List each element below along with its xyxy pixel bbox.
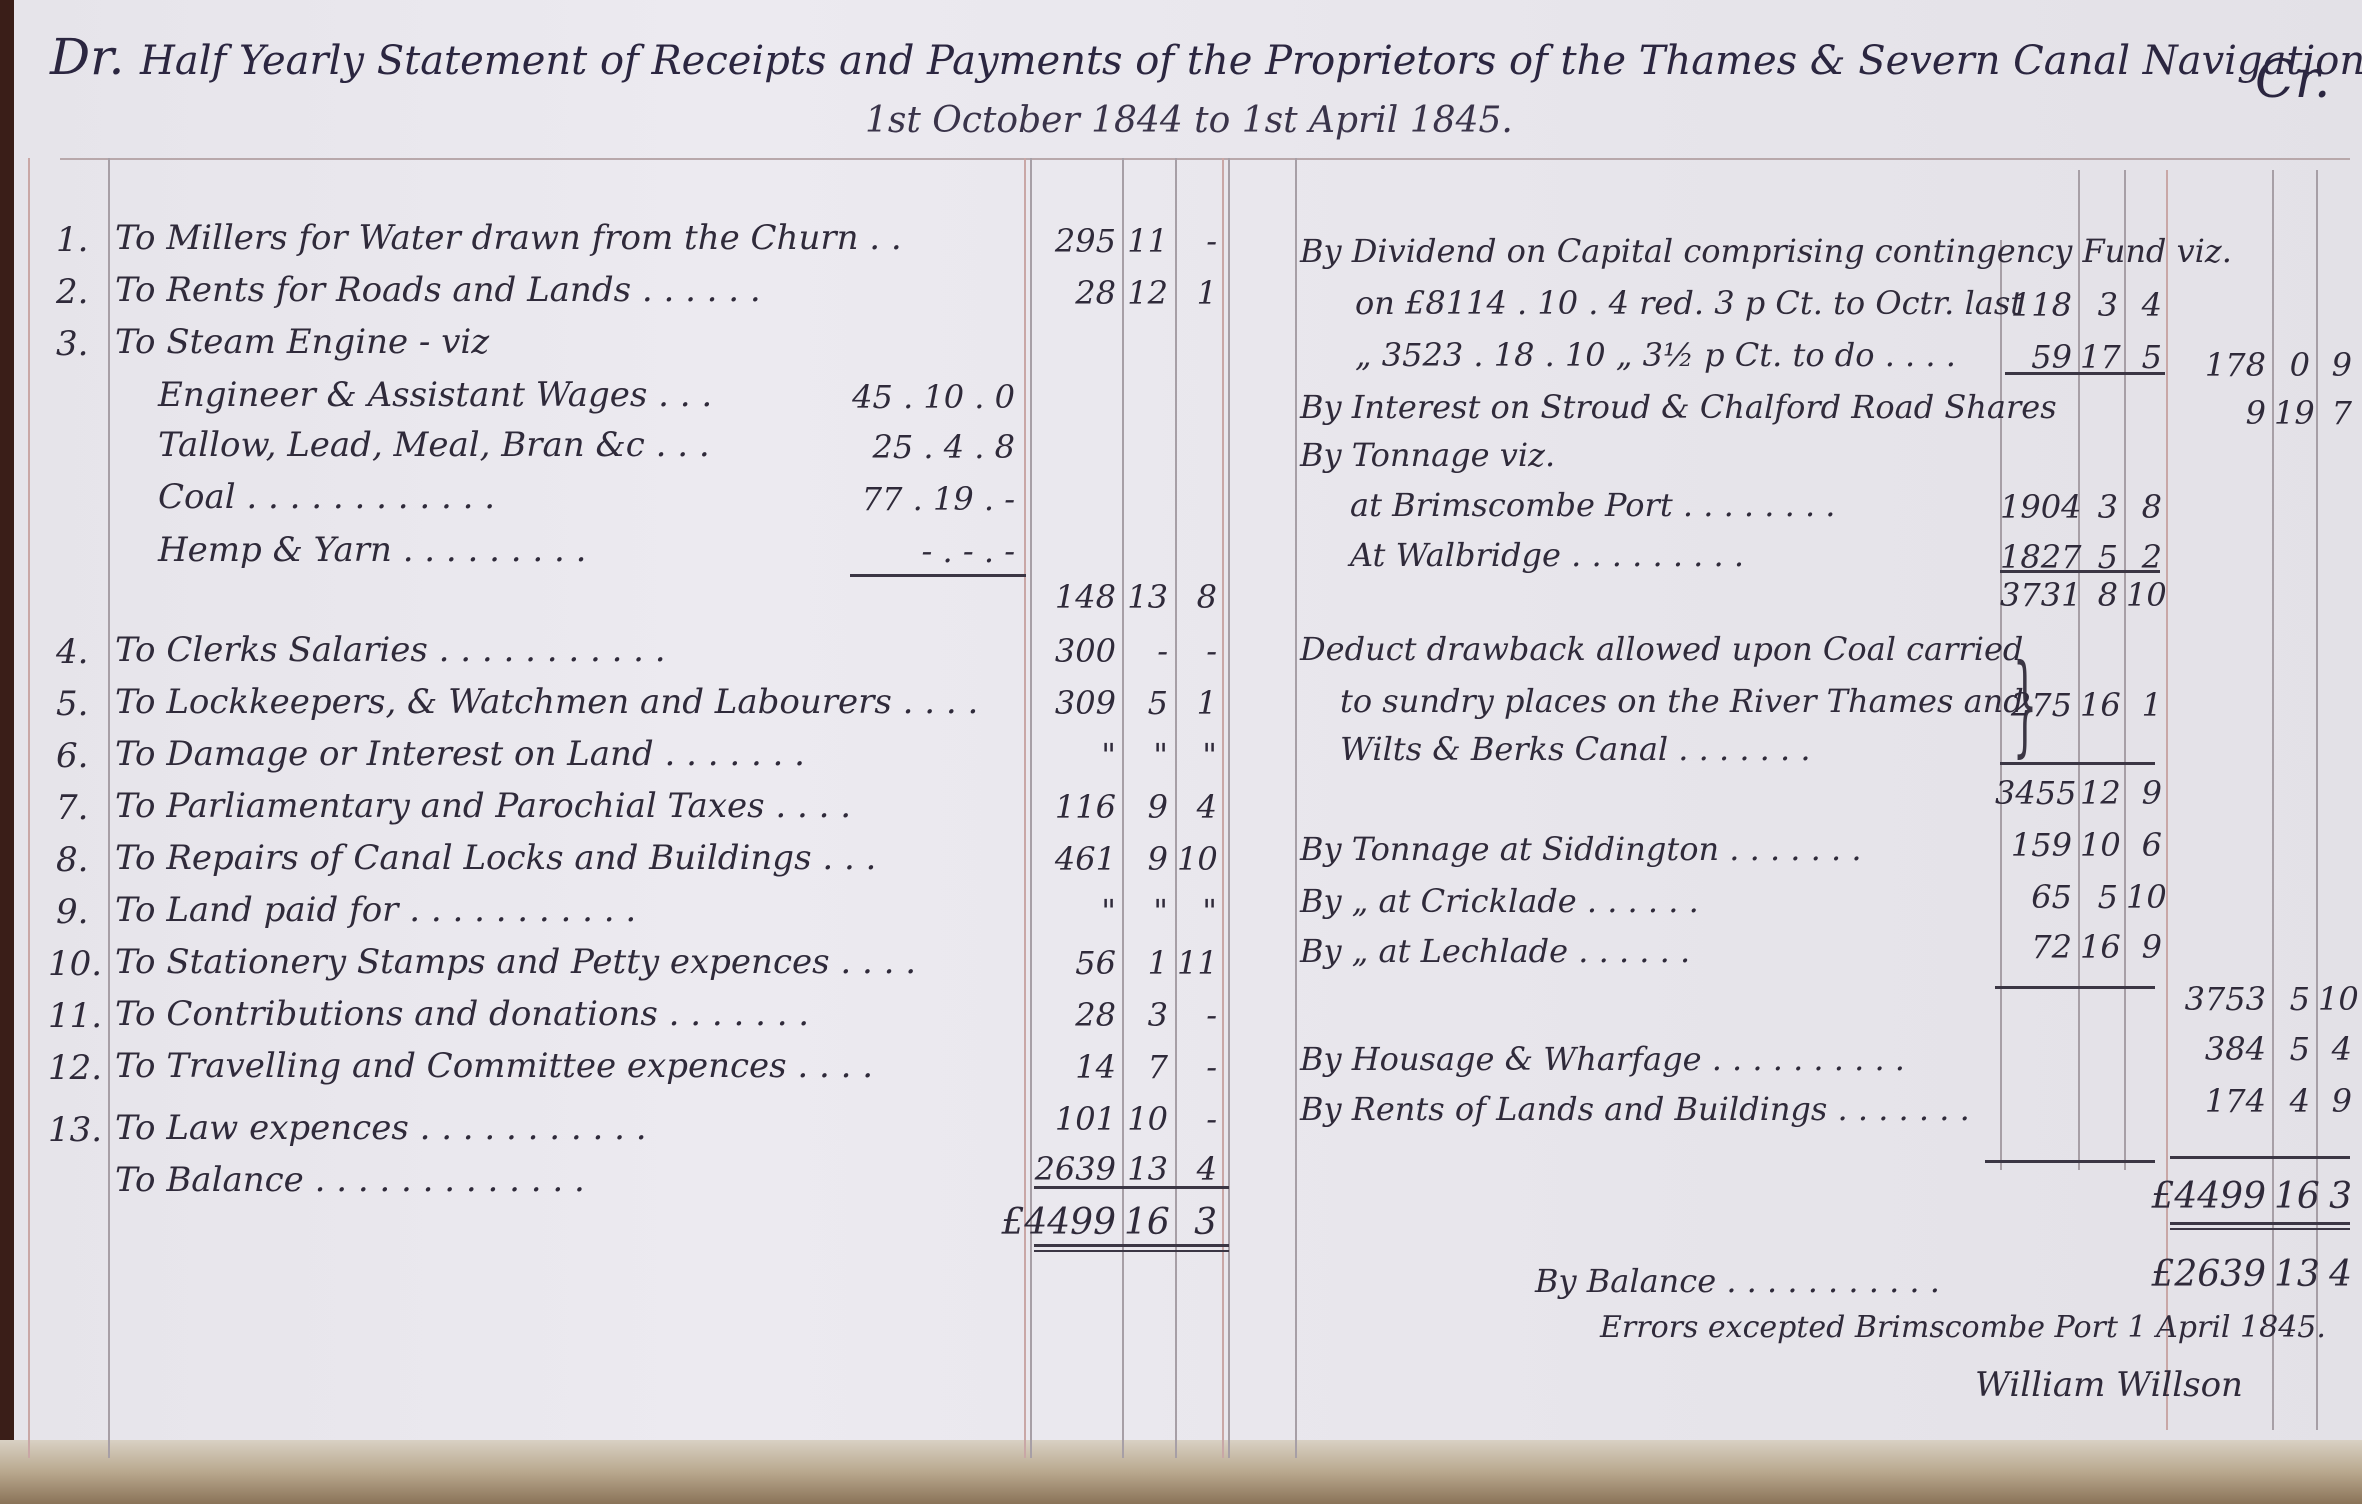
entry-number: 2. — [56, 272, 88, 312]
shillings-value: " — [1124, 892, 1168, 930]
pounds-value: 2639 — [1030, 1150, 1116, 1188]
rents-description: By Rents of Lands and Buildings . . . . … — [1300, 1090, 1970, 1128]
statement-period: 1st October 1844 to 1st April 1845. — [865, 100, 1513, 141]
pence-value: 4 — [1177, 1150, 1217, 1188]
header-rule — [60, 158, 2350, 160]
entry-number: 1. — [56, 220, 88, 260]
pounds-value: 56 — [1030, 944, 1116, 982]
shillings-value: 19 — [2274, 394, 2310, 432]
drawback-line: Deduct drawback allowed upon Coal carrie… — [1300, 630, 2023, 668]
entry-number: 6. — [56, 736, 88, 776]
pence-value: 9 — [2126, 928, 2162, 966]
shillings-value: 17 — [2080, 338, 2118, 376]
shillings-value: 0 — [2274, 346, 2310, 384]
tonnage-line: at Brimscombe Port . . . . . . . . — [1350, 486, 1835, 524]
pence-value: 1 — [1177, 684, 1217, 722]
tonnage-subtotal-rule — [2000, 570, 2160, 573]
pounds-value: 14 — [1030, 1048, 1116, 1086]
entry-description: To Repairs of Canal Locks and Buildings … — [115, 838, 876, 878]
pence-value: 11 — [1177, 944, 1217, 982]
credit-outer-rule — [2166, 170, 2168, 1430]
pence-value: - — [1177, 632, 1217, 670]
shillings-value: 13 — [1124, 1150, 1168, 1188]
pence-value: - — [1177, 1048, 1217, 1086]
dividend-line: on £8114 . 10 . 4 red. 3 p Ct. to Octr. … — [1355, 284, 2023, 322]
entry-description: To Law expences . . . . . . . . . . . — [115, 1108, 647, 1148]
entry-number: 7. — [56, 788, 88, 828]
pence-value: 4 — [2318, 1030, 2352, 1068]
drawback-rule — [2000, 762, 2155, 765]
entry-number: 11. — [48, 996, 102, 1036]
signature: William Willson — [1975, 1365, 2243, 1405]
shillings-value: 1 — [1124, 944, 1168, 982]
pence-value: 9 — [2126, 774, 2162, 812]
pence-value: 10 — [1177, 840, 1217, 878]
pounds-value: 118 — [2000, 286, 2072, 324]
sub-item-amount: 45 . 10 . 0 — [850, 378, 1015, 416]
shillings-value: 10 — [2080, 826, 2118, 864]
tonnage-line: By „ at Cricklade . . . . . . — [1300, 882, 1699, 920]
shillings-value: 12 — [2080, 774, 2118, 812]
tonnage-total-rule — [1995, 986, 2155, 989]
pounds-value: 148 — [1030, 578, 1116, 616]
sub-item-amount: - . - . - — [850, 532, 1015, 570]
shillings-value: 13 — [2274, 1254, 2310, 1295]
entry-description: To Land paid for . . . . . . . . . . . — [115, 890, 636, 930]
pounds-value: 174 — [2160, 1082, 2266, 1120]
shillings-value: 5 — [2274, 980, 2310, 1018]
pounds-value: 309 — [1030, 684, 1116, 722]
pence-value: " — [1177, 892, 1217, 930]
dividend-description: By Dividend on Capital comprising contin… — [1300, 232, 2232, 270]
shillings-value: " — [1124, 736, 1168, 774]
pounds-value: 3455 — [1995, 774, 2072, 812]
double-total-rule-2 — [2170, 1228, 2350, 1230]
entry-description: To Rents for Roads and Lands . . . . . . — [115, 270, 761, 310]
pence-value: 7 — [2318, 394, 2352, 432]
pounds-value: £2639 — [2120, 1254, 2266, 1295]
entry-description: To Millers for Water drawn from the Chur… — [115, 218, 902, 258]
entry-description: To Travelling and Committee expences . .… — [115, 1046, 873, 1086]
entry-number: 5. — [56, 684, 88, 724]
outer-total-rule — [2170, 1156, 2350, 1159]
housage-description: By Housage & Wharfage . . . . . . . . . … — [1300, 1040, 1905, 1078]
total-rule — [1034, 1186, 1229, 1189]
pounds-value: 295 — [1030, 222, 1116, 260]
shillings-value: 10 — [1124, 1100, 1168, 1138]
pounds-value: 461 — [1030, 840, 1116, 878]
shillings-value: 16 — [2080, 928, 2118, 966]
pounds-value: 159 — [2000, 826, 2072, 864]
pence-value: 4 — [1177, 788, 1217, 826]
shillings-value: 16 — [2080, 686, 2118, 724]
pence-value: 4 — [2126, 286, 2162, 324]
entry-description: To Damage or Interest on Land . . . . . … — [115, 734, 805, 774]
pence-value: 3 — [1177, 1202, 1217, 1243]
pounds-value: 3753 — [2160, 980, 2266, 1018]
index-column-rule — [108, 158, 110, 1458]
entry-description: To Steam Engine - viz — [115, 322, 489, 362]
subtotal-rule — [850, 574, 1026, 577]
page-edge — [0, 1440, 2362, 1504]
pounds-value: 9 — [2170, 394, 2266, 432]
pounds-value: " — [1030, 892, 1116, 930]
sub-item-description: Coal . . . . . . . . . . . . — [158, 477, 495, 517]
inner-close-rule — [1985, 1160, 2155, 1163]
sub-item-description: Tallow, Lead, Meal, Bran &c . . . — [158, 425, 710, 465]
pence-value: 4 — [2318, 1254, 2352, 1295]
tonnage-line: At Walbridge . . . . . . . . . — [1350, 536, 1744, 574]
pence-value: 1 — [2126, 686, 2162, 724]
double-total-rule-2 — [1034, 1250, 1229, 1252]
entry-number: 13. — [48, 1110, 102, 1150]
shillings-value: 16 — [2274, 1176, 2310, 1217]
pounds-value: " — [1030, 736, 1116, 774]
pounds-value: 59 — [2000, 338, 2072, 376]
pence-value: 3 — [2318, 1176, 2352, 1217]
sub-item-description: Engineer & Assistant Wages . . . — [158, 375, 712, 415]
shillings-value: 9 — [1124, 840, 1168, 878]
double-total-rule — [1034, 1244, 1229, 1247]
pounds-value: £4499 — [2120, 1176, 2266, 1217]
shillings-value: 3 — [2080, 488, 2118, 526]
errors-excepted-note: Errors excepted Brimscombe Port 1 April … — [1600, 1310, 2326, 1345]
dividend-line: „ 3523 . 18 . 10 „ 3½ p Ct. to do . . . … — [1355, 336, 1956, 374]
interest-description: By Interest on Stroud & Chalford Road Sh… — [1300, 388, 2057, 426]
pounds-value: 28 — [1030, 996, 1116, 1034]
entry-description: To Stationery Stamps and Petty expences … — [115, 942, 916, 982]
shillings-value: 3 — [1124, 996, 1168, 1034]
pence-value: 1 — [1177, 274, 1217, 312]
sub-item-description: Hemp & Yarn . . . . . . . . . — [158, 530, 586, 570]
page-margin-rule — [28, 158, 30, 1458]
entry-number: 8. — [56, 840, 88, 880]
page-title: Half Yearly Statement of Receipts and Pa… — [140, 38, 2362, 84]
pounds-value: 65 — [2000, 878, 2072, 916]
drawback-line: to sundry places on the River Thames and — [1340, 682, 2024, 720]
pounds-value: 300 — [1030, 632, 1116, 670]
pence-value: - — [1177, 1100, 1217, 1138]
shillings-value: 5 — [2274, 1030, 2310, 1068]
tonnage-description: By Tonnage viz. — [1300, 436, 1555, 474]
shillings-value: 7 — [1124, 1048, 1168, 1086]
pounds-value: 178 — [2170, 346, 2266, 384]
dr-label: Dr. — [50, 28, 124, 86]
shillings-value: 3 — [2080, 286, 2118, 324]
balance-description: By Balance . . . . . . . . . . . — [1535, 1262, 1940, 1300]
pence-value: 5 — [2126, 338, 2162, 376]
pence-value: 10 — [2126, 576, 2162, 614]
entry-number: 3. — [56, 324, 88, 364]
pounds-value: 72 — [2000, 928, 2072, 966]
shillings-value: 13 — [1124, 578, 1168, 616]
pence-value: 8 — [2126, 488, 2162, 526]
shillings-value: 5 — [2080, 878, 2118, 916]
sub-item-amount: 25 . 4 . 8 — [850, 428, 1015, 466]
entry-description: To Balance . . . . . . . . . . . . . — [115, 1160, 585, 1200]
pounds-value: 275 — [2000, 686, 2072, 724]
debit-end-rule — [1222, 158, 1224, 1458]
pounds-value: £4499 — [990, 1202, 1116, 1243]
pence-value: 10 — [2318, 980, 2352, 1018]
pounds-value: 116 — [1030, 788, 1116, 826]
entry-description: To Parliamentary and Parochial Taxes . .… — [115, 786, 851, 826]
pounds-value: 1904 — [2000, 488, 2072, 526]
dividend-subtotal-rule — [2005, 372, 2165, 375]
drawback-line: Wilts & Berks Canal . . . . . . . — [1340, 730, 1811, 768]
pence-value: - — [1177, 996, 1217, 1034]
cr-label: Cr. — [2255, 50, 2330, 110]
sub-item-amount: 77 . 19 . - — [850, 480, 1015, 518]
pence-value: 9 — [2318, 346, 2352, 384]
entry-description: To Contributions and donations . . . . .… — [115, 994, 809, 1034]
entry-number: 10. — [48, 944, 102, 984]
shillings-value: 4 — [2274, 1082, 2310, 1120]
shillings-value: 11 — [1124, 222, 1168, 260]
shillings-value: 9 — [1124, 788, 1168, 826]
entry-number: 9. — [56, 892, 88, 932]
pence-value: 9 — [2318, 1082, 2352, 1120]
pence-value: 8 — [1177, 578, 1217, 616]
shillings-value: 5 — [1124, 684, 1168, 722]
pounds-value: 28 — [1030, 274, 1116, 312]
pence-value: 10 — [2126, 878, 2162, 916]
pence-value: - — [1177, 222, 1217, 260]
entry-number: 4. — [56, 632, 88, 672]
double-total-rule — [2170, 1222, 2350, 1225]
entry-description: To Lockkeepers, & Watchmen and Labourers… — [115, 682, 978, 722]
pence-value: " — [1177, 736, 1217, 774]
shillings-value: - — [1124, 632, 1168, 670]
shillings-value: 16 — [1124, 1202, 1168, 1243]
shillings-value: 8 — [2080, 576, 2118, 614]
pounds-value: 384 — [2160, 1030, 2266, 1068]
pounds-column-rule-left — [1024, 158, 1026, 1458]
pounds-value: 101 — [1030, 1100, 1116, 1138]
shillings-value: 12 — [1124, 274, 1168, 312]
tonnage-line: By Tonnage at Siddington . . . . . . . — [1300, 830, 1861, 868]
debit-end-rule-2 — [1228, 158, 1230, 1458]
entry-number: 12. — [48, 1048, 102, 1088]
tonnage-line: By „ at Lechlade . . . . . . — [1300, 932, 1690, 970]
entry-description: To Clerks Salaries . . . . . . . . . . . — [115, 630, 666, 670]
credit-margin-rule — [1295, 158, 1297, 1458]
pence-value: 6 — [2126, 826, 2162, 864]
pounds-value: 3731 — [2000, 576, 2072, 614]
